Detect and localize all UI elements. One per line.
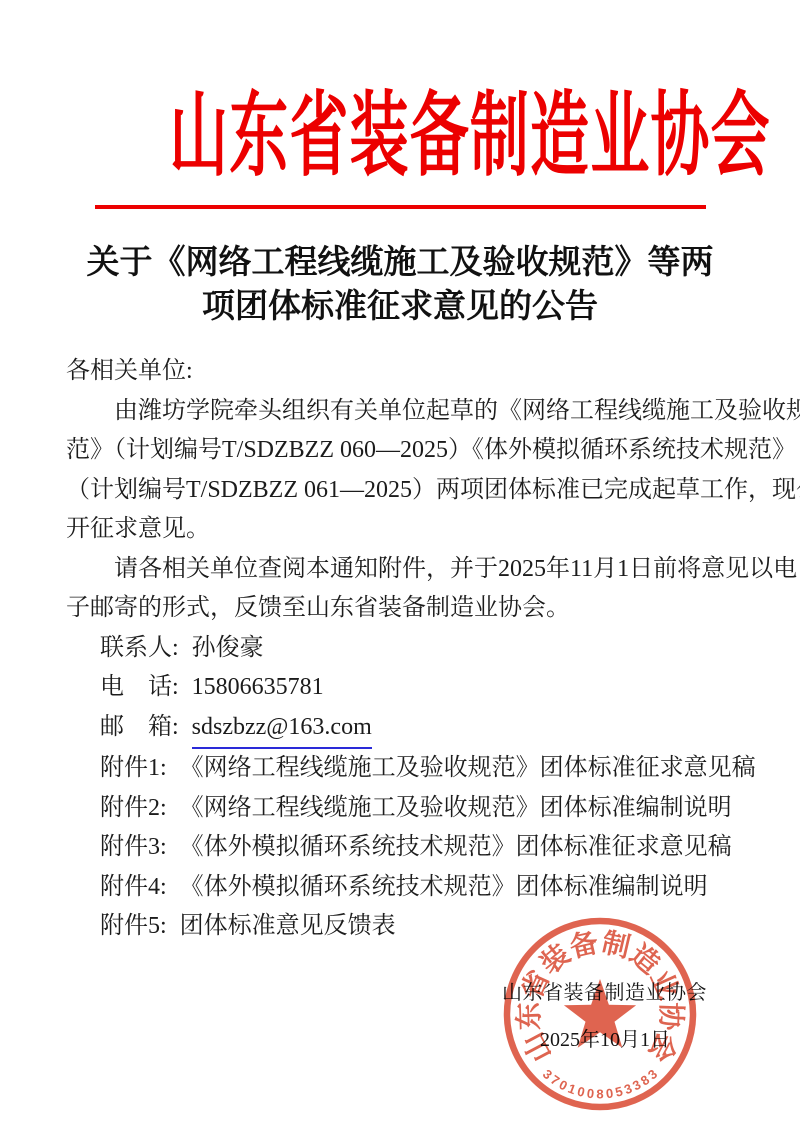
- seal-code-digit: 0: [605, 1086, 614, 1102]
- seal-code-digit: 0: [557, 1077, 570, 1094]
- attachment-row: 附件5: 团体标准意见反馈表: [66, 907, 738, 947]
- attachment-label: 附件5:: [100, 907, 167, 947]
- seal-code-digit: 3: [630, 1077, 643, 1094]
- seal-code-digit: 3: [540, 1066, 555, 1082]
- seal-code-digit: 7: [548, 1072, 562, 1088]
- attachment-label: 附件2:: [100, 789, 167, 829]
- seal-code-digit: 0: [586, 1086, 595, 1102]
- document-page: 山东省装备制造业协会 关于《网络工程线缆施工及验收规范》等两 项团体标准征求意见…: [0, 0, 800, 1130]
- contact-email-label: 邮 箱:: [100, 708, 179, 750]
- attachment-title: 团体标准意见反馈表: [180, 907, 396, 947]
- contact-phone-label: 电 话:: [100, 668, 179, 708]
- letterhead-divider: [95, 205, 706, 209]
- contact-phone-row: 电 话: 15806635781: [66, 668, 738, 708]
- paragraph-line: 由潍坊学院牵头组织有关单位起草的《网络工程线缆施工及验收规: [66, 392, 738, 432]
- letterhead-org-title: 山东省装备制造业协会: [169, 84, 771, 190]
- attachment-row: 附件1: 《网络工程线缆施工及验收规范》团体标准征求意见稿: [66, 749, 738, 789]
- email-link[interactable]: sdszbzz@163.com: [192, 708, 372, 750]
- paragraph-line: （计划编号T/SDZBZZ 061—2025）两项团体标准已完成起草工作，现公: [66, 471, 738, 511]
- seal-code-digit: 5: [614, 1084, 625, 1100]
- attachment-label: 附件3:: [100, 828, 167, 868]
- paragraph-line: 子邮寄的形式，反馈至山东省装备制造业协会。: [66, 589, 738, 629]
- seal-code-digit: 8: [638, 1072, 652, 1088]
- attachment-label: 附件4:: [100, 868, 167, 908]
- attachment-title: 《网络工程线缆施工及验收规范》团体标准征求意见稿: [180, 749, 756, 789]
- attachment-title: 《体外模拟循环系统技术规范》团体标准征求意见稿: [180, 828, 732, 868]
- attachment-title: 《网络工程线缆施工及验收规范》团体标准编制说明: [180, 789, 732, 829]
- page-title-line2: 项团体标准征求意见的公告: [60, 285, 740, 329]
- seal-code-digit: 8: [596, 1087, 603, 1102]
- signature-org-name: 山东省装备制造业协会: [502, 976, 707, 1005]
- contact-person-label: 联系人:: [100, 629, 179, 669]
- body-text: 各相关单位: 由潍坊学院牵头组织有关单位起草的《网络工程线缆施工及验收规 范》（…: [66, 352, 738, 947]
- page-title: 关于《网络工程线缆施工及验收规范》等两 项团体标准征求意见的公告: [60, 241, 740, 329]
- seal-code-digit: 3: [645, 1066, 660, 1082]
- attachment-label: 附件1:: [100, 749, 167, 789]
- contact-person-value: 孙俊豪: [192, 629, 264, 669]
- seal-ring: [507, 921, 693, 1107]
- page-title-line1: 关于《网络工程线缆施工及验收规范》等两: [60, 241, 740, 285]
- contact-person-row: 联系人: 孙俊豪: [66, 629, 738, 669]
- attachment-row: 附件4: 《体外模拟循环系统技术规范》团体标准编制说明: [66, 868, 738, 908]
- signature-date: 2025年10月1日: [540, 1023, 670, 1052]
- seal-code-digit: 1: [566, 1081, 578, 1098]
- attachment-row: 附件3: 《体外模拟循环系统技术规范》团体标准征求意见稿: [66, 828, 738, 868]
- contact-email-row: 邮 箱: sdszbzz@163.com: [66, 708, 738, 750]
- paragraph-line: 请各相关单位查阅本通知附件，并于2025年11月1日前将意见以电: [66, 550, 738, 590]
- paragraph-line: 开征求意见。: [66, 510, 738, 550]
- attachment-row: 附件2: 《网络工程线缆施工及验收规范》团体标准编制说明: [66, 789, 738, 829]
- letterhead: 山东省装备制造业协会: [0, 84, 800, 190]
- contact-phone-value: 15806635781: [192, 668, 324, 708]
- seal-code-digit: 3: [622, 1081, 634, 1098]
- attachment-title: 《体外模拟循环系统技术规范》团体标准编制说明: [180, 868, 708, 908]
- paragraph-line: 范》（计划编号T/SDZBZZ 060—2025）《体外模拟循环系统技术规范》: [66, 431, 738, 471]
- salutation: 各相关单位:: [66, 352, 738, 392]
- seal-code-digit: 0: [576, 1084, 587, 1100]
